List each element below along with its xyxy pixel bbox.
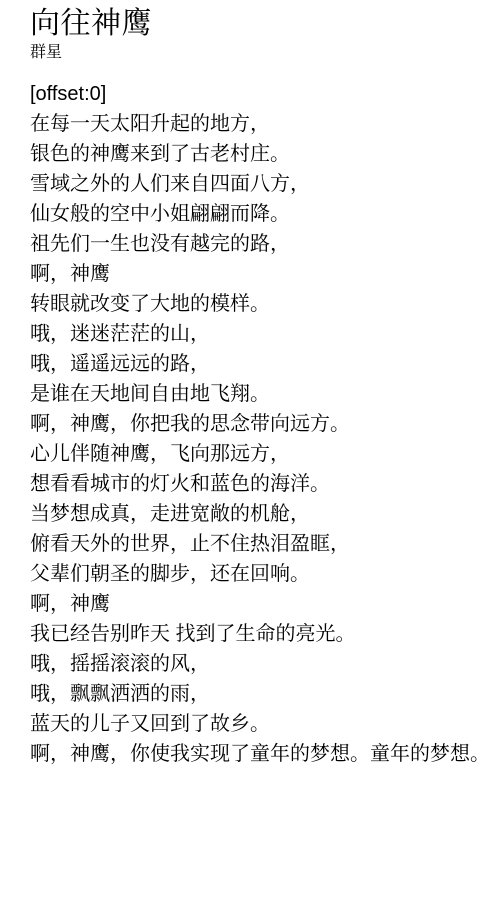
- lyric-line: 父辈们朝圣的脚步，还在回响。: [30, 559, 490, 589]
- lyric-line: 哦，飘飘洒洒的雨，: [30, 679, 490, 709]
- lyric-line: 祖先们一生也没有越完的路，: [30, 229, 490, 259]
- lyric-line: 蓝天的儿子又回到了故乡。: [30, 709, 490, 739]
- lyric-line: 我已经告别昨天 找到了生命的亮光。: [30, 619, 490, 649]
- lyric-line: 想看看城市的灯火和蓝色的海洋。: [30, 469, 490, 499]
- lyrics-body: [offset:0] 在每一天太阳升起的地方，银色的神鹰来到了古老村庄。雪域之外…: [30, 79, 490, 769]
- lyric-line: 转眼就改变了大地的模样。: [30, 289, 490, 319]
- lyric-line: 仙女般的空中小姐翩翩而降。: [30, 199, 490, 229]
- lyric-line: 啊，神鹰，你把我的思念带向远方。: [30, 409, 490, 439]
- lyric-line: 心儿伴随神鹰，飞向那远方，: [30, 439, 490, 469]
- lyric-line: 银色的神鹰来到了古老村庄。: [30, 139, 490, 169]
- lrc-offset-tag: [offset:0]: [30, 79, 490, 109]
- lyric-line: 俯看天外的世界，止不住热泪盈眶，: [30, 529, 490, 559]
- lyrics-page: 向往神鹰 群星 [offset:0] 在每一天太阳升起的地方，银色的神鹰来到了古…: [0, 0, 500, 910]
- lyric-line: 哦，遥遥远远的路，: [30, 349, 490, 379]
- lyric-line: 啊，神鹰: [30, 259, 490, 289]
- song-title: 向往神鹰: [30, 5, 490, 42]
- lyric-line: 哦，摇摇滚滚的风，: [30, 649, 490, 679]
- lyric-line: 啊，神鹰，你使我实现了童年的梦想。童年的梦想。: [30, 739, 490, 769]
- lyric-line: 是谁在天地间自由地飞翔。: [30, 379, 490, 409]
- lyric-line: 当梦想成真，走进宽敞的机舱，: [30, 499, 490, 529]
- lyric-line: 雪域之外的人们来自四面八方，: [30, 169, 490, 199]
- lyric-line: 哦，迷迷茫茫的山，: [30, 319, 490, 349]
- lyric-line: 啊，神鹰: [30, 589, 490, 619]
- artist-name: 群星: [30, 42, 490, 63]
- lyric-line: 在每一天太阳升起的地方，: [30, 109, 490, 139]
